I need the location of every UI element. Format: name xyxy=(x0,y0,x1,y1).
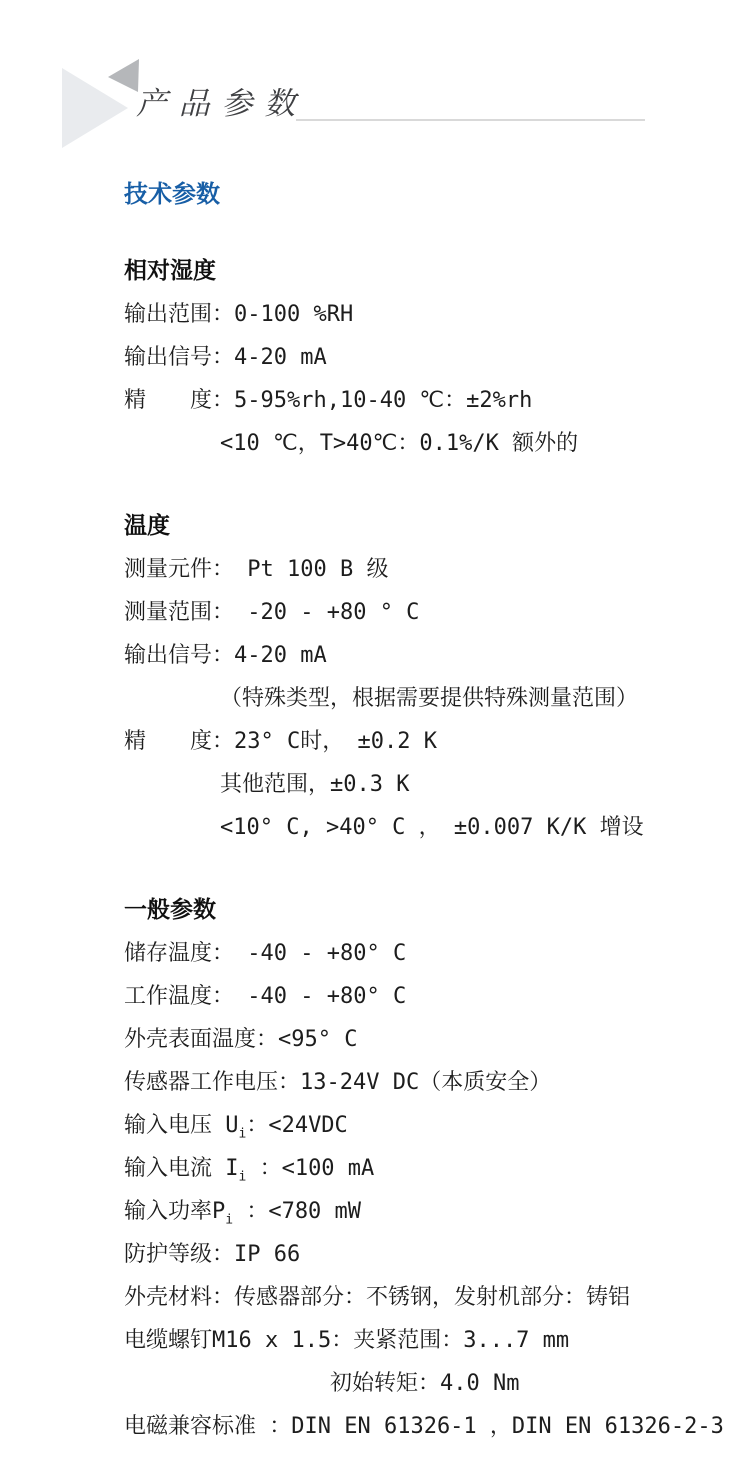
spec-line: 输出范围：0-100 %RH xyxy=(124,293,720,336)
section-heading-0: 相对湿度 xyxy=(124,250,720,293)
spec-sections: 相对湿度输出范围：0-100 %RH输出信号：4-20 mA精 度：5-95%r… xyxy=(124,250,750,1448)
spec-line: 其他范围，±0.3 K xyxy=(124,763,720,806)
spec-line: 输出信号：4-20 mA xyxy=(124,634,720,677)
spec-line: 初始转矩：4.0 Nm xyxy=(124,1362,720,1405)
spec-line: 外壳表面温度：<95° C xyxy=(124,1018,720,1061)
section-heading-1: 温度 xyxy=(124,505,720,548)
spec-line: 电磁兼容标准 ：DIN EN 61326-1 ，DIN EN 61326-2-3 xyxy=(124,1405,720,1448)
spec-line: 精 度：5-95%rh,10-40 ℃：±2%rh xyxy=(124,379,720,422)
spec-line: 外壳材料：传感器部分：不锈钢，发射机部分：铸铝 xyxy=(124,1276,720,1319)
page-header: 产 品 参 数 xyxy=(0,0,750,150)
subtitle-tech-params: 技术参数 xyxy=(124,180,750,210)
spec-line: <10° C, >40° C ， ±0.007 K/K 增设 xyxy=(124,806,720,849)
spec-line: 输入电压 Ui：<24VDC xyxy=(124,1104,720,1147)
title-underline xyxy=(296,119,645,121)
spec-line: 输入功率Pi ：<780 mW xyxy=(124,1190,720,1233)
spec-line: 传感器工作电压：13-24V DC（本质安全） xyxy=(124,1061,720,1104)
product-parameters-page: 产 品 参 数 技术参数 相对湿度输出范围：0-100 %RH输出信号：4-20… xyxy=(0,0,750,1473)
spec-line: <10 ℃，T>40℃：0.1%/K 额外的 xyxy=(124,422,720,465)
spec-line: 储存温度： -40 - +80° C xyxy=(124,932,720,975)
page-title: 产 品 参 数 xyxy=(136,78,297,123)
spec-line: 精 度：23° C时， ±0.2 K xyxy=(124,720,720,763)
spec-line: 测量范围： -20 - +80 ° C xyxy=(124,591,720,634)
small-triangle-icon xyxy=(108,59,139,92)
spec-line: 输出信号：4-20 mA xyxy=(124,336,720,379)
spec-line: 防护等级：IP 66 xyxy=(124,1233,720,1276)
spec-line: （特殊类型，根据需要提供特殊测量范围） xyxy=(124,677,720,720)
spec-line: 输入电流 Ii ：<100 mA xyxy=(124,1147,720,1190)
spec-line: 工作温度： -40 - +80° C xyxy=(124,975,720,1018)
section-heading-2: 一般参数 xyxy=(124,889,720,932)
spec-line: 电缆螺钉M16 x 1.5：夹紧范围：3...7 mm xyxy=(124,1319,720,1362)
spec-line: 测量元件： Pt 100 B 级 xyxy=(124,548,720,591)
